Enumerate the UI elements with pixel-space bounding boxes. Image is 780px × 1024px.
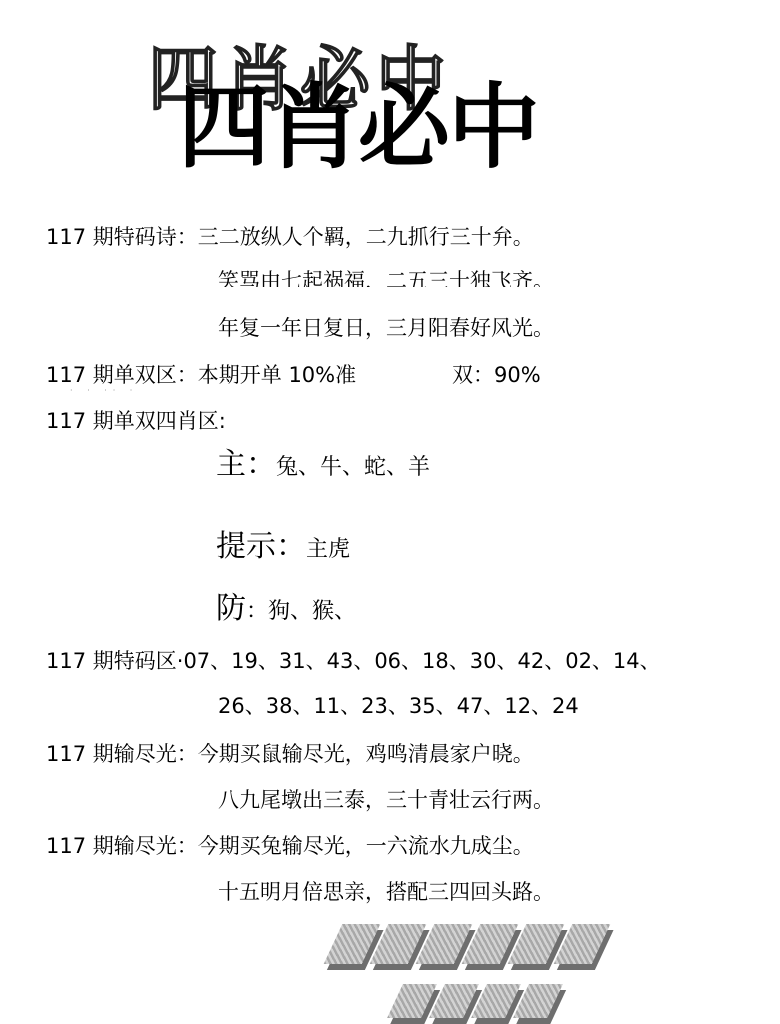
special-numbers-label: 117 期特码区· (46, 649, 183, 673)
main-values: 兔、牛、蛇、羊 (276, 455, 430, 480)
guard-values: ：狗、猴、 (246, 599, 356, 624)
lose-all-1-line-1: 今期买鼠输尽光，鸡鸣清晨家户晓。 (198, 742, 534, 766)
odd-even-section: 117 期单双区：本期开单 10%准 (46, 362, 356, 388)
odd-text: 本期开单 10%准 (198, 363, 356, 387)
poem-line-2-wrap: 笑骂由七起祸福，二五三十独飞齐。 (218, 268, 554, 294)
guard-label: 防 (216, 591, 246, 626)
poem-label: 117 期特码诗： (46, 224, 198, 250)
poem-line-2: 笑骂由七起祸福，二五三十独飞齐。 (218, 268, 554, 287)
lose-all-1-line-2: 八九尾墩出三泰，三十青壮云行两。 (218, 787, 554, 813)
guard-row: 防：狗、猴、 (216, 592, 356, 626)
odd-even-label: 117 期单双区： (46, 363, 198, 387)
page-title: 四肖必中 (178, 82, 538, 174)
lose-all-1-row: 117 期输尽光：今期买鼠输尽光，鸡鸣清晨家户晓。 (46, 741, 534, 767)
poem-section: 117 期特码诗：三二放纵人个羁，二九抓行三十弁。 (46, 224, 534, 250)
poem-line-1: 三二放纵人个羁，二九抓行三十弁。 (198, 225, 534, 249)
poem-line-3-wrap: 年复一年日复日，三月阳春好风光。 (218, 315, 554, 341)
lose-all-1-label: 117 期输尽光： (46, 742, 198, 766)
lose-all-2-line-2: 十五明月倍思亲，搭配三四回头路。 (218, 879, 554, 905)
poem-line-3: 年复一年日复日，三月阳春好风光。 (218, 316, 554, 340)
special-numbers-values-1: 07、19、31、43、06、18、30、42、02、14、 (183, 649, 660, 673)
main-label: 主： (216, 447, 276, 482)
lose-all-2-line-1: 今期买兔输尽光，一六流水九成尘。 (198, 834, 534, 858)
hint-label: 提示： (216, 529, 306, 564)
even-text: 双：90% (452, 362, 541, 388)
lose-all-2-label: 117 期输尽光： (46, 834, 198, 858)
main-zodiac-row: 主：兔、牛、蛇、羊 (216, 448, 430, 482)
four-zodiac-label: 117 期单双四肖区: (46, 408, 226, 434)
scan-dots: · · ·· · · · (70, 386, 780, 395)
footer-art-graphic (325, 920, 615, 1024)
special-numbers-values-2: 26、38、11、23、35、47、12、24 (218, 693, 579, 719)
hint-value: 主虎 (306, 537, 350, 562)
lose-all-2-row: 117 期输尽光：今期买兔输尽光，一六流水九成尘。 (46, 833, 534, 859)
hint-row: 提示：主虎 (216, 530, 350, 564)
special-numbers-row-1: 117 期特码区·07、19、31、43、06、18、30、42、02、14、 (46, 648, 661, 674)
